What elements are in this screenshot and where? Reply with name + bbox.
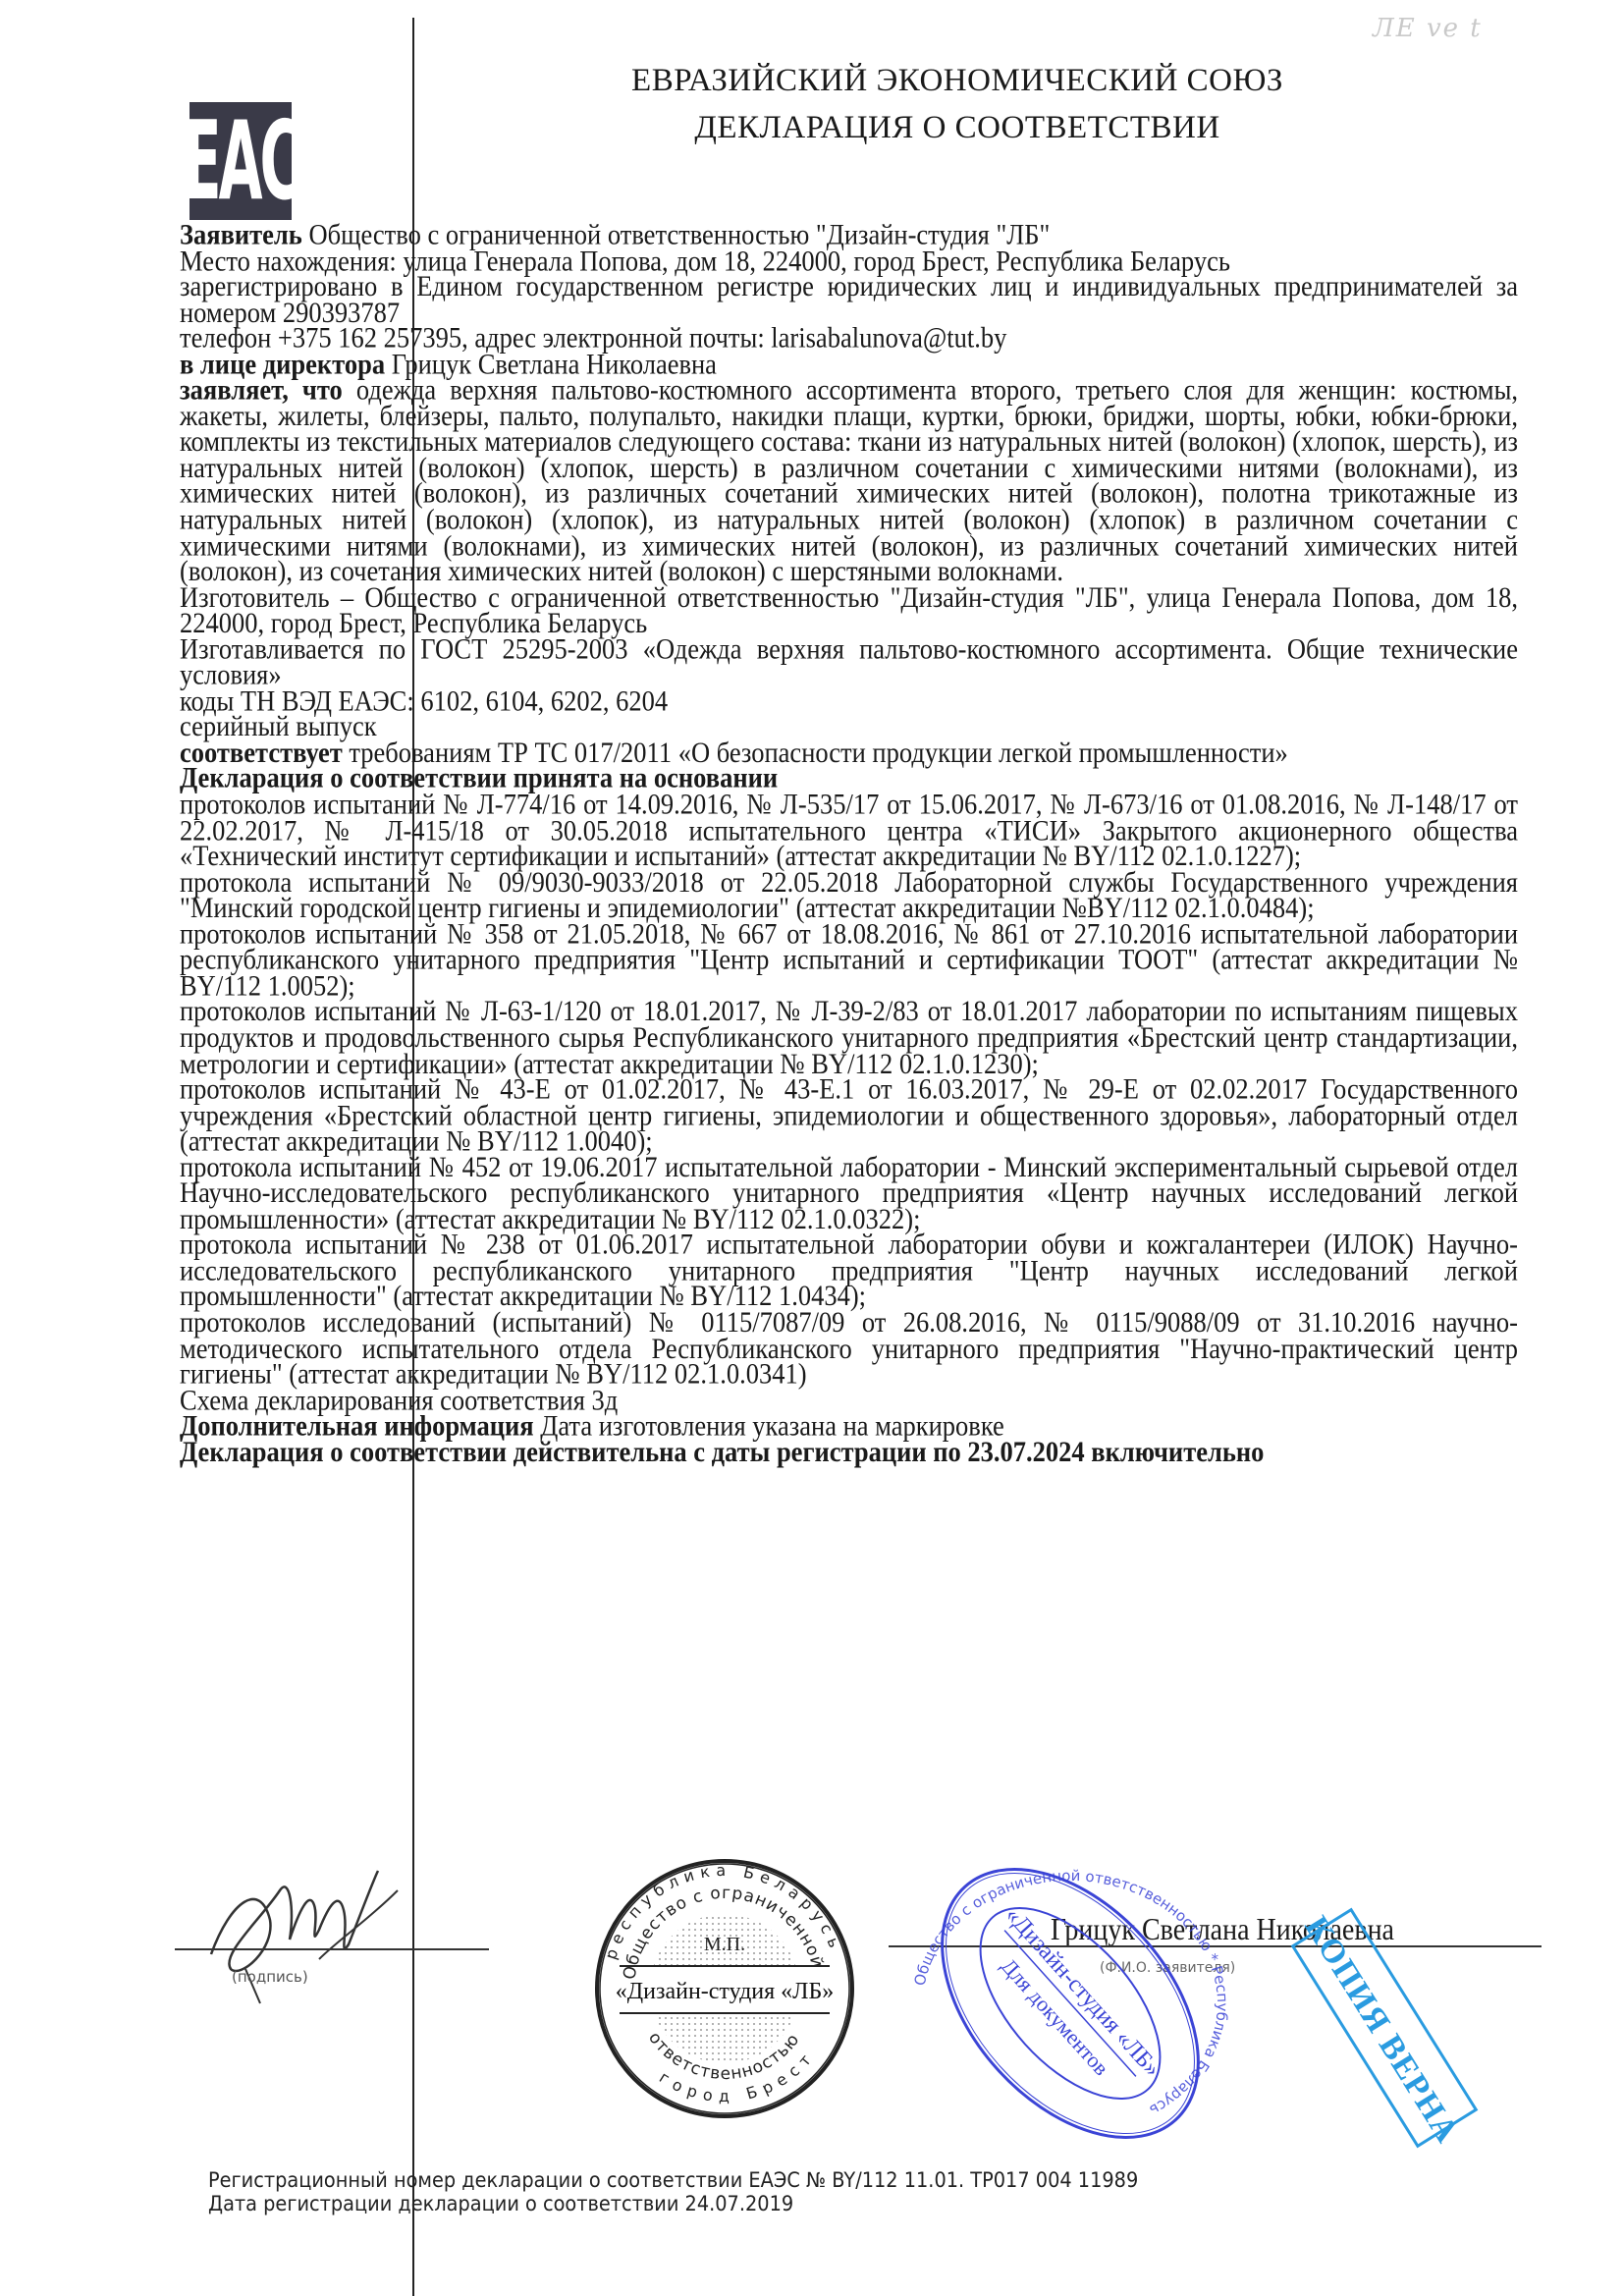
title-union: ЕВРАЗИЙСКИЙ ЭКОНОМИЧЕСКИЙ СОЮЗ: [491, 57, 1424, 104]
applicant-registration: зарегистрировано в Едином государственно…: [180, 274, 1518, 326]
title-declaration: ДЕКЛАРАЦИЯ О СООТВЕТСТВИИ: [491, 104, 1424, 151]
round-seal-stamp-icon: республика Беларусь Общество с ограничен…: [592, 1856, 857, 2121]
registration-block: Регистрационный номер декларации о соотв…: [208, 2168, 1138, 2215]
registration-date: Дата регистрации декларации о соответств…: [208, 2192, 1138, 2215]
basis-item: протоколов испытаний № 358 от 21.05.2018…: [180, 921, 1518, 999]
handwritten-mark: ЛЕ ve t: [1373, 14, 1483, 43]
oval-company-stamp-icon: «Дизайн-студия «ЛБ» Для документов Общес…: [903, 1856, 1237, 2151]
svg-text:«Дизайн-студия «ЛБ»: «Дизайн-студия «ЛБ»: [616, 1979, 835, 2004]
svg-text:М.П.: М.П.: [704, 1934, 745, 1955]
validity: Декларация о соответствии действительна …: [180, 1440, 1518, 1465]
svg-text:КОПИЯ ВЕРНА: КОПИЯ ВЕРНА: [1297, 1910, 1465, 2150]
standard: Изготавливается по ГОСТ 25295-2003 «Одеж…: [180, 636, 1518, 688]
tn-ved-codes: коды ТН ВЭД ЕАЭС: 6102, 6104, 6202, 6204: [180, 688, 1518, 714]
document-title: ЕВРАЗИЙСКИЙ ЭКОНОМИЧЕСКИЙ СОЮЗ ДЕКЛАРАЦИ…: [491, 57, 1424, 151]
declaration-page: ЛЕ ve t EAC ЕВРАЗИЙСКИЙ ЭКОНОМИЧЕСКИЙ СО…: [0, 0, 1623, 2296]
registration-number: Регистрационный номер декларации о соотв…: [208, 2168, 1138, 2192]
basis-item: протоколов испытаний № 43-Е от 01.02.201…: [180, 1076, 1518, 1154]
eac-logo-icon: EAC: [189, 102, 292, 220]
declaration-body: Заявитель Общество с ограниченной ответс…: [180, 222, 1518, 1465]
basis-item: протоколов испытаний № Л-63-1/120 от 18.…: [180, 999, 1518, 1076]
basis-item: протокола испытаний № 09/9030-9033/2018 …: [180, 869, 1518, 921]
basis-item: протокола испытаний № 238 от 01.06.2017 …: [180, 1232, 1518, 1310]
basis-item: протоколов исследований (испытаний) № 01…: [180, 1310, 1518, 1388]
manufacturer: Изготовитель – Общество с ограниченной о…: [180, 584, 1518, 636]
product-description: заявляет, что одежда верхняя пальтово-ко…: [180, 377, 1518, 584]
basis-item: протокола испытаний № 452 от 19.06.2017 …: [180, 1154, 1518, 1231]
signature-caption: (подпись): [232, 1968, 308, 1986]
basis-item: протоколов испытаний № Л-774/16 от 14.09…: [180, 792, 1518, 869]
copy-verified-stamp-icon: КОПИЯ ВЕРНА: [1267, 1900, 1502, 2156]
handwritten-signature-icon: [201, 1861, 417, 2008]
signature-line: [175, 1948, 489, 1950]
